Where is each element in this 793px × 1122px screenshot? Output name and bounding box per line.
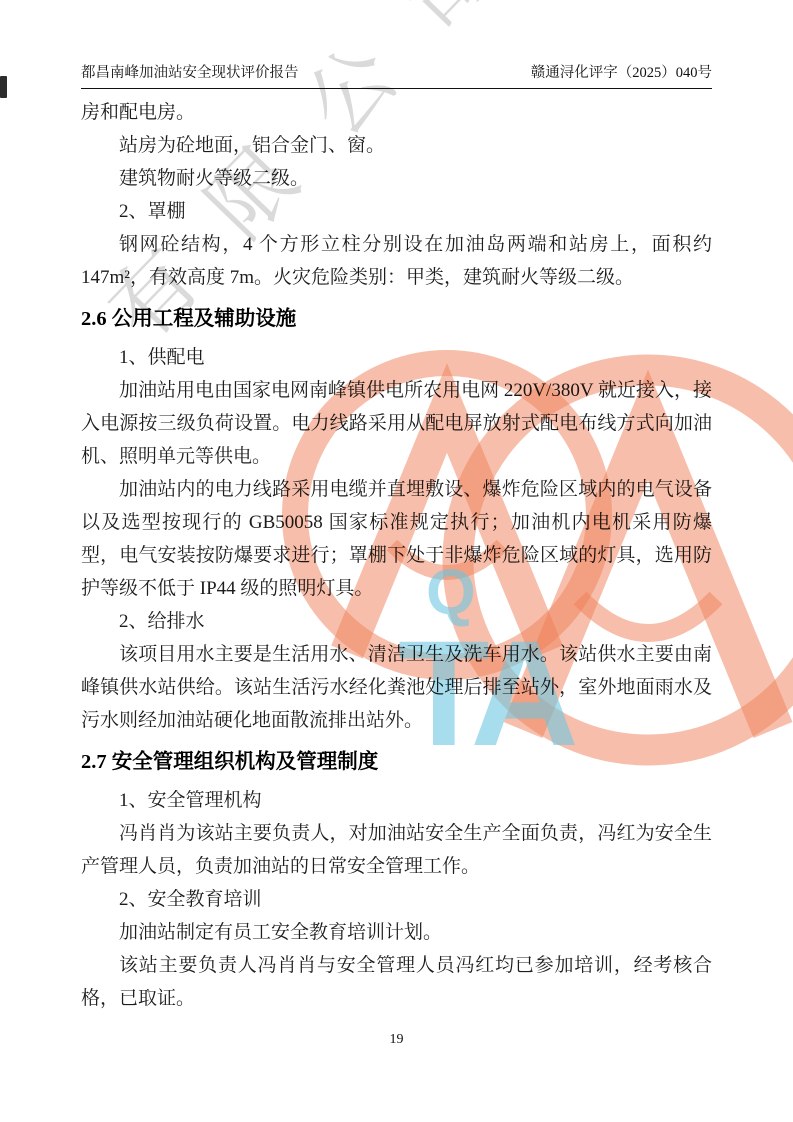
page-footer: 19 bbox=[0, 1032, 793, 1048]
paragraph: 加油站用电由国家电网南峰镇供电所农用电网 220V/380V 就近接入，接入电源… bbox=[81, 374, 712, 473]
paragraph: 该项目用水主要是生活用水、清洁卫生及洗车用水。该站供水主要由南峰镇供水站供给。该… bbox=[81, 638, 712, 737]
page-number: 19 bbox=[390, 1032, 404, 1047]
paragraph: 2、给排水 bbox=[81, 605, 712, 638]
scan-artifact bbox=[0, 76, 7, 98]
paragraph: 2、安全教育培训 bbox=[81, 883, 712, 916]
page-header: 都昌南峰加油站安全现状评价报告 赣通浔化评字（2025）040号 bbox=[81, 62, 712, 89]
paragraph: 加油站内的电力线路采用电缆并直埋敷设、爆炸危险区域内的电气设备以及选型按现行的 … bbox=[81, 473, 712, 605]
paragraph: 1、安全管理机构 bbox=[81, 784, 712, 817]
header-report-title: 都昌南峰加油站安全现状评价报告 bbox=[81, 62, 299, 84]
paragraph: 冯肖肖为该站主要负责人，对加油站安全生产全面负责，冯红为安全生产管理人员，负责加… bbox=[81, 817, 712, 883]
document-body: 房和配电房。站房为砼地面，铝合金门、窗。建筑物耐火等级二级。2、罩棚钢网砼结构，… bbox=[81, 96, 712, 1015]
document-page: 都昌南峰加油站安全现状评价报告 赣通浔化评字（2025）040号 房和配电房。站… bbox=[0, 0, 793, 1122]
section-heading: 2.7 安全管理组织机构及管理制度 bbox=[81, 742, 712, 782]
paragraph: 加油站制定有员工安全教育培训计划。 bbox=[81, 916, 712, 949]
paragraph: 2、罩棚 bbox=[81, 195, 712, 228]
header-document-number: 赣通浔化评字（2025）040号 bbox=[531, 62, 712, 84]
paragraph: 房和配电房。 bbox=[81, 96, 712, 129]
paragraph: 1、供配电 bbox=[81, 341, 712, 374]
paragraph: 建筑物耐火等级二级。 bbox=[81, 162, 712, 195]
section-heading: 2.6 公用工程及辅助设施 bbox=[81, 299, 712, 339]
paragraph: 站房为砼地面，铝合金门、窗。 bbox=[81, 129, 712, 162]
paragraph: 该站主要负责人冯肖肖与安全管理人员冯红均已参加培训，经考核合格，已取证。 bbox=[81, 949, 712, 1015]
paragraph: 钢网砼结构，4 个方形立柱分别设在加油岛两端和站房上，面积约 147m²，有效高… bbox=[81, 228, 712, 294]
